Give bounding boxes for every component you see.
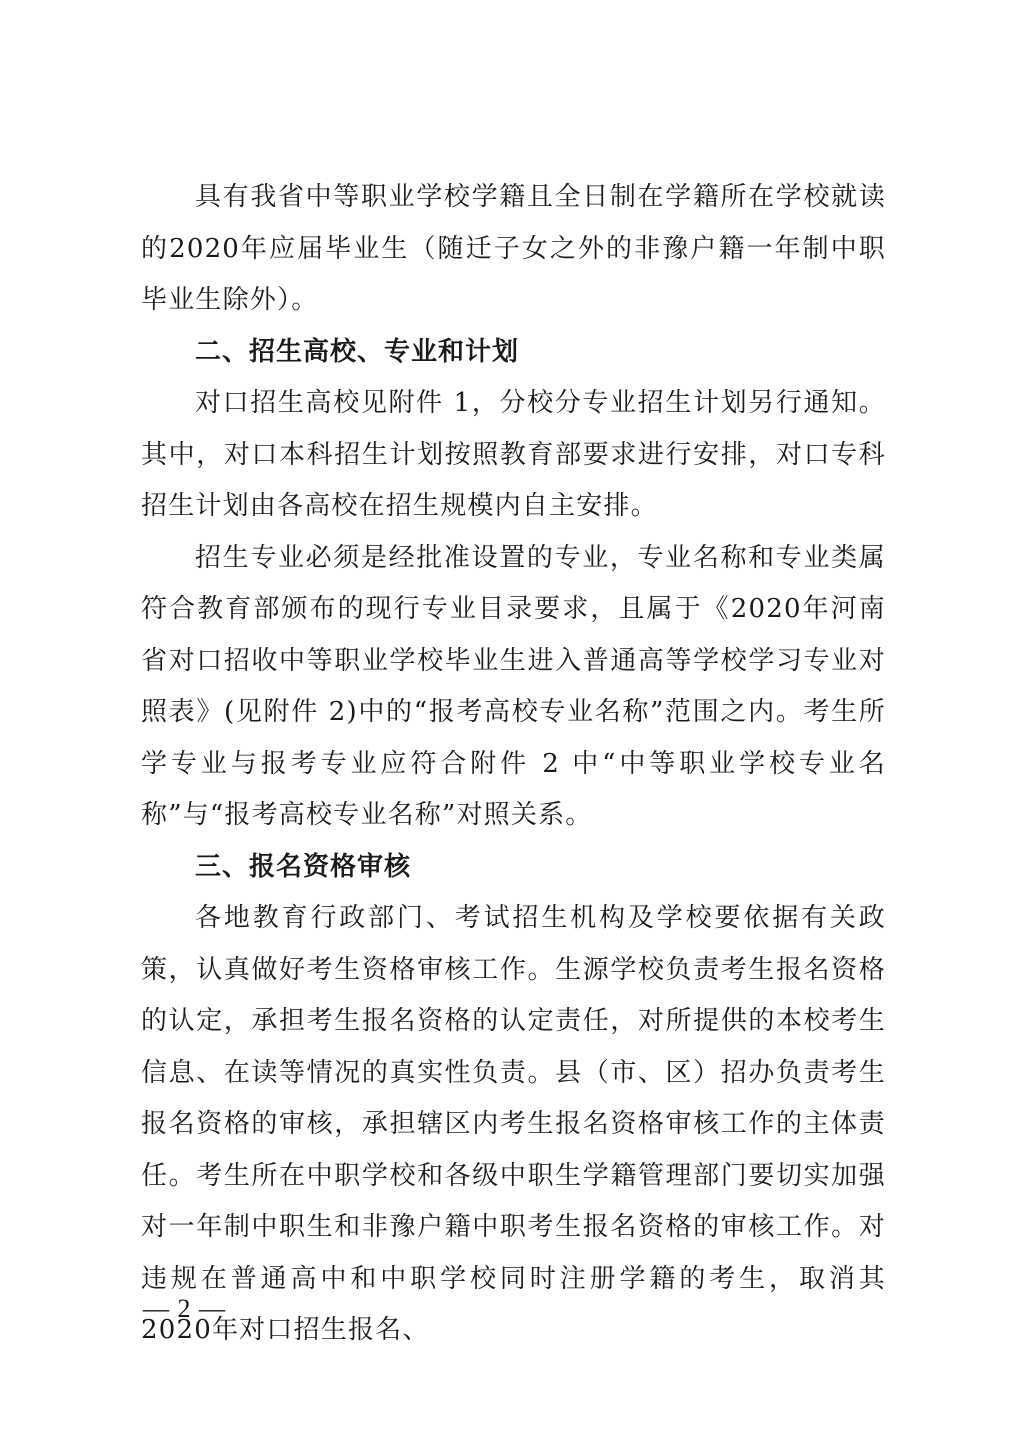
- paragraph-enrollment-plan: 对口招生高校见附件 1，分校分专业招生计划另行通知。其中，对口本科招生计划按照教…: [141, 378, 886, 533]
- paragraph-eligibility: 具有我省中等职业学校学籍且全日制在学籍所在学校就读的2020年应届毕业生（随迁子…: [141, 172, 886, 327]
- section-heading-2: 二、招生高校、专业和计划: [141, 327, 886, 379]
- document-page: 具有我省中等职业学校学籍且全日制在学籍所在学校就读的2020年应届毕业生（随迁子…: [141, 172, 886, 1357]
- section-heading-3: 三、报名资格审核: [141, 842, 886, 894]
- paragraph-majors: 招生专业必须是经批准设置的专业，专业名称和专业类属符合教育部颁布的现行专业目录要…: [141, 533, 886, 842]
- paragraph-qualification-review: 各地教育行政部门、考试招生机构及学校要依据有关政策，认真做好考生资格审核工作。生…: [141, 893, 886, 1357]
- page-number: — 2 —: [143, 1294, 226, 1324]
